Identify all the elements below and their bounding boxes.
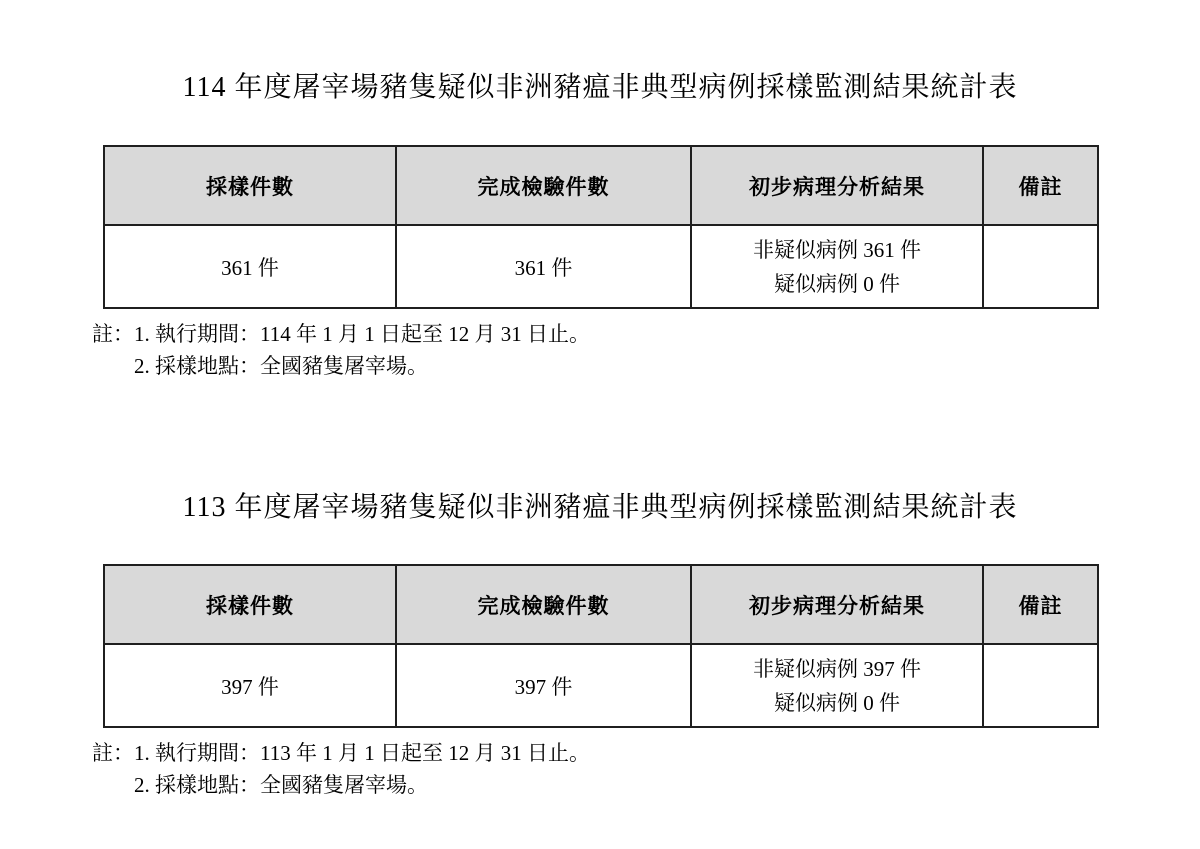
note-items: 1. 執行期間：114 年 1 月 1 日起至 12 月 31 日止。 2. 採… [134,318,590,382]
cell-remarks [983,644,1098,727]
note-item-sampling-location: 2. 採樣地點：全國豬隻屠宰場。 [134,350,590,382]
notes-114: 註： 1. 執行期間：114 年 1 月 1 日起至 12 月 31 日止。 2… [92,318,1200,382]
note-item-execution-period: 1. 執行期間：114 年 1 月 1 日起至 12 月 31 日止。 [134,318,590,350]
note-item-sampling-location: 2. 採樣地點：全國豬隻屠宰場。 [134,769,590,801]
report-title-113: 113 年度屠宰場豬隻疑似非洲豬瘟非典型病例採樣監測結果統計表 [0,382,1200,526]
cell-sample-count: 361 件 [104,225,396,308]
col-header-remarks: 備註 [983,146,1098,225]
note-items: 1. 執行期間：113 年 1 月 1 日起至 12 月 31 日止。 2. 採… [134,737,590,801]
col-header-pathology-result: 初步病理分析結果 [691,565,983,644]
pathology-suspected-line: 疑似病例 0 件 [692,686,982,720]
col-header-tests-completed: 完成檢驗件數 [396,146,691,225]
cell-sample-count: 397 件 [104,644,396,727]
cell-pathology-result: 非疑似病例 361 件 疑似病例 0 件 [691,225,983,308]
stats-table-114: 採樣件數 完成檢驗件數 初步病理分析結果 備註 361 件 361 件 非疑似病… [103,145,1099,309]
cell-pathology-result: 非疑似病例 397 件 疑似病例 0 件 [691,644,983,727]
col-header-remarks: 備註 [983,565,1098,644]
col-header-sample-count: 採樣件數 [104,146,396,225]
pathology-non-suspected-line: 非疑似病例 361 件 [692,233,982,267]
cell-tests-completed: 361 件 [396,225,691,308]
document-page: 114 年度屠宰場豬隻疑似非洲豬瘟非典型病例採樣監測結果統計表 採樣件數 完成檢… [0,0,1200,849]
note-label: 註： [92,318,134,350]
note-item-execution-period: 1. 執行期間：113 年 1 月 1 日起至 12 月 31 日止。 [134,737,590,769]
table-header-row: 採樣件數 完成檢驗件數 初步病理分析結果 備註 [104,146,1098,225]
pathology-suspected-line: 疑似病例 0 件 [692,267,982,301]
stats-table-113: 採樣件數 完成檢驗件數 初步病理分析結果 備註 397 件 397 件 非疑似病… [103,564,1099,728]
table-data-row: 361 件 361 件 非疑似病例 361 件 疑似病例 0 件 [104,225,1098,308]
report-section-114: 114 年度屠宰場豬隻疑似非洲豬瘟非典型病例採樣監測結果統計表 採樣件數 完成檢… [0,0,1200,382]
cell-remarks [983,225,1098,308]
report-section-113: 113 年度屠宰場豬隻疑似非洲豬瘟非典型病例採樣監測結果統計表 採樣件數 完成檢… [0,382,1200,801]
col-header-pathology-result: 初步病理分析結果 [691,146,983,225]
col-header-sample-count: 採樣件數 [104,565,396,644]
col-header-tests-completed: 完成檢驗件數 [396,565,691,644]
notes-113: 註： 1. 執行期間：113 年 1 月 1 日起至 12 月 31 日止。 2… [92,737,1200,801]
table-data-row: 397 件 397 件 非疑似病例 397 件 疑似病例 0 件 [104,644,1098,727]
pathology-non-suspected-line: 非疑似病例 397 件 [692,652,982,686]
cell-tests-completed: 397 件 [396,644,691,727]
table-header-row: 採樣件數 完成檢驗件數 初步病理分析結果 備註 [104,565,1098,644]
note-label: 註： [92,737,134,769]
report-title-114: 114 年度屠宰場豬隻疑似非洲豬瘟非典型病例採樣監測結果統計表 [0,0,1200,106]
